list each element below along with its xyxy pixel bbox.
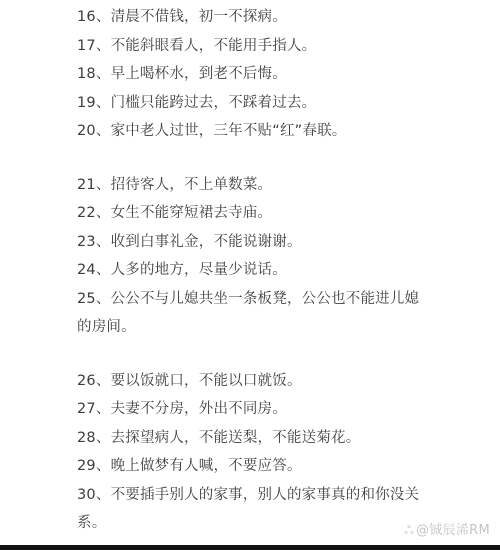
item-number: 26、 bbox=[77, 373, 111, 389]
item-number: 24、 bbox=[77, 262, 111, 278]
list-item: 21、招待客人，不上单数菜。 bbox=[77, 171, 432, 200]
item-number: 28、 bbox=[77, 430, 111, 446]
item-number: 29、 bbox=[77, 458, 111, 474]
watermark: ஃ@铖辰浠RM bbox=[404, 519, 490, 539]
list-group-16-20: 16、清晨不借钱，初一不探病。 17、不能斜眼看人，不能用手指人。 18、早上喝… bbox=[77, 3, 432, 146]
document-body: 16、清晨不借钱，初一不探病。 17、不能斜眼看人，不能用手指人。 18、早上喝… bbox=[77, 3, 432, 538]
item-text: 去探望病人，不能送梨，不能送菊花。 bbox=[111, 430, 361, 446]
list-group-26-30: 26、要以饭就口，不能以口就饭。 27、夫妻不分房，外出不同房。 28、去探望病… bbox=[77, 367, 432, 538]
list-item: 17、不能斜眼看人，不能用手指人。 bbox=[77, 32, 432, 61]
item-text: 门槛只能跨过去，不踩着过去。 bbox=[111, 95, 317, 111]
item-number: 18、 bbox=[77, 66, 111, 82]
item-text: 女生不能穿短裙去寺庙。 bbox=[111, 205, 273, 221]
list-item: 23、收到白事礼金，不能说谢谢。 bbox=[77, 228, 432, 257]
list-item: 20、家中老人过世，三年不贴“红”春联。 bbox=[77, 117, 432, 146]
list-item: 30、不要插手别人的家事，别人的家事真的和你没关系。 bbox=[77, 481, 432, 538]
item-text: 家中老人过世，三年不贴“红”春联。 bbox=[111, 123, 347, 139]
list-group-21-25: 21、招待客人，不上单数菜。 22、女生不能穿短裙去寺庙。 23、收到白事礼金，… bbox=[77, 171, 432, 342]
bottom-bar bbox=[0, 545, 500, 550]
list-item: 16、清晨不借钱，初一不探病。 bbox=[77, 3, 432, 32]
item-number: 30、 bbox=[77, 487, 111, 503]
list-item: 26、要以饭就口，不能以口就饭。 bbox=[77, 367, 432, 396]
item-text: 早上喝杯水，到老不后悔。 bbox=[111, 66, 287, 82]
item-text: 公公不与儿媳共坐一条板凳，公公也不能进儿媳的房间。 bbox=[77, 291, 419, 336]
item-text: 收到白事礼金，不能说谢谢。 bbox=[111, 234, 302, 250]
item-text: 晚上做梦有人喊，不要应答。 bbox=[111, 458, 302, 474]
list-item: 27、夫妻不分房，外出不同房。 bbox=[77, 395, 432, 424]
item-number: 16、 bbox=[77, 9, 111, 25]
list-item: 22、女生不能穿短裙去寺庙。 bbox=[77, 199, 432, 228]
item-text: 要以饭就口，不能以口就饭。 bbox=[111, 373, 302, 389]
item-number: 25、 bbox=[77, 291, 111, 307]
weibo-icon: ஃ bbox=[404, 523, 414, 537]
item-number: 20、 bbox=[77, 123, 111, 139]
list-item: 28、去探望病人，不能送梨，不能送菊花。 bbox=[77, 424, 432, 453]
list-item: 25、公公不与儿媳共坐一条板凳，公公也不能进儿媳的房间。 bbox=[77, 285, 432, 342]
item-number: 19、 bbox=[77, 95, 111, 111]
item-number: 21、 bbox=[77, 177, 111, 193]
list-item: 24、人多的地方，尽量少说话。 bbox=[77, 256, 432, 285]
item-text: 不要插手别人的家事，别人的家事真的和你没关系。 bbox=[77, 487, 419, 532]
item-text: 人多的地方，尽量少说话。 bbox=[111, 262, 287, 278]
item-number: 17、 bbox=[77, 38, 111, 54]
item-number: 23、 bbox=[77, 234, 111, 250]
item-text: 夫妻不分房，外出不同房。 bbox=[111, 401, 287, 417]
item-number: 22、 bbox=[77, 205, 111, 221]
list-item: 18、早上喝杯水，到老不后悔。 bbox=[77, 60, 432, 89]
item-text: 清晨不借钱，初一不探病。 bbox=[111, 9, 287, 25]
item-text: 不能斜眼看人，不能用手指人。 bbox=[111, 38, 317, 54]
item-text: 招待客人，不上单数菜。 bbox=[111, 177, 273, 193]
item-number: 27、 bbox=[77, 401, 111, 417]
list-item: 29、晚上做梦有人喊，不要应答。 bbox=[77, 452, 432, 481]
watermark-text: @铖辰浠RM bbox=[416, 523, 490, 538]
list-item: 19、门槛只能跨过去，不踩着过去。 bbox=[77, 89, 432, 118]
